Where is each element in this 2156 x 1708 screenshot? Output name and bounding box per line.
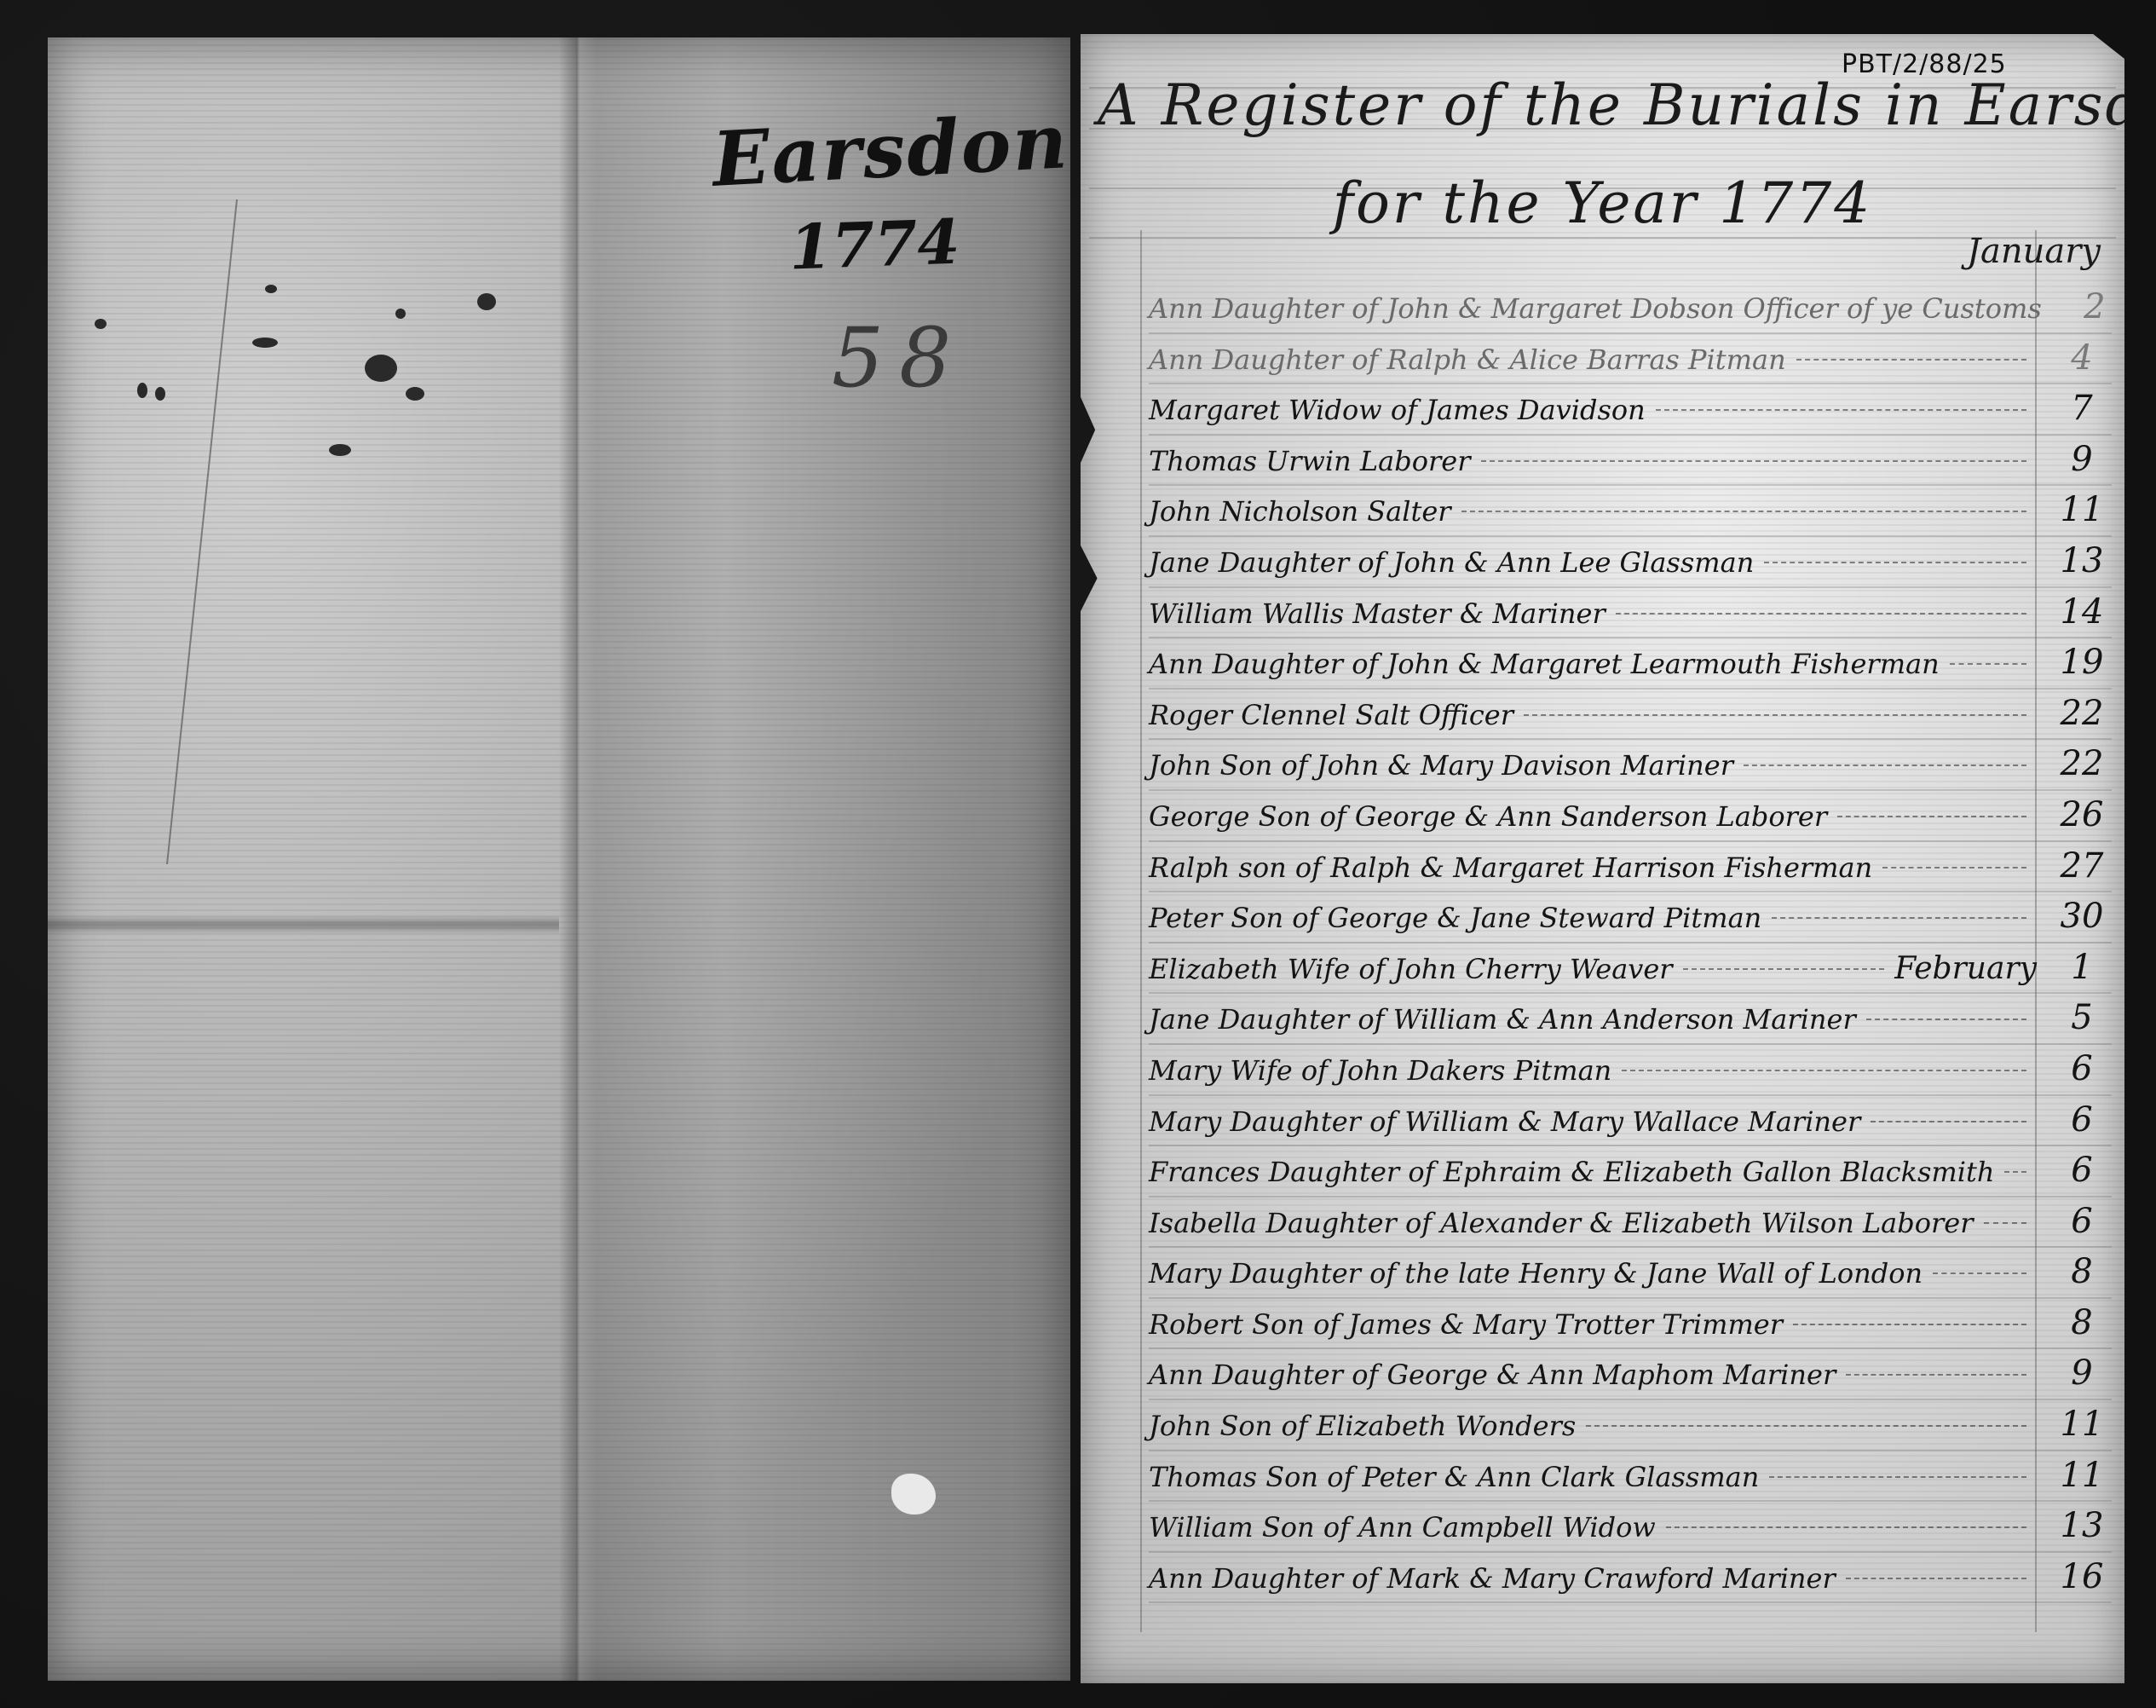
entry-description: Thomas Son of Peter & Ann Clark Glassman [1149, 1453, 1759, 1501]
entry-description: John Son of John & Mary Davison Mariner [1149, 741, 1733, 789]
burial-entry: Mary Wife of John Dakers Pitman6 [1149, 1045, 2112, 1096]
burial-entry: Mary Daughter of William & Mary Wallace … [1149, 1096, 2112, 1147]
entry-description: Elizabeth Wife of John Cherry Weaver [1149, 945, 1673, 993]
entry-description: William Son of Ann Campbell Widow [1149, 1503, 1656, 1551]
entry-description: Frances Daughter of Ephraim & Elizabeth … [1149, 1148, 1994, 1196]
dashed-leader [1744, 765, 2026, 766]
ink-blot [137, 383, 147, 398]
dashed-leader [1984, 1222, 2026, 1224]
burial-entry: Frances Daughter of Ephraim & Elizabeth … [1149, 1146, 2112, 1197]
dashed-leader [1796, 359, 2026, 361]
entry-description: John Son of Elizabeth Wonders [1149, 1402, 1576, 1450]
ink-blot [265, 285, 277, 293]
ink-blot [329, 444, 351, 456]
dashed-leader [1586, 1425, 2026, 1427]
dashed-leader [1616, 613, 2026, 615]
entry-day: 11 [2052, 1451, 2112, 1499]
ink-blot [395, 309, 406, 319]
burial-entry: Elizabeth Wife of John Cherry WeaverFebr… [1149, 943, 2112, 995]
entry-day: 1 [2052, 943, 2112, 991]
entry-day: 4 [2052, 334, 2112, 382]
entry-day: 26 [2052, 791, 2112, 839]
dashed-leader [1837, 816, 2026, 817]
entry-day: 6 [2052, 1045, 2112, 1093]
burial-entry: Ann Daughter of Mark & Mary Crawford Mar… [1149, 1553, 2112, 1604]
entry-description: Mary Daughter of the late Henry & Jane W… [1149, 1249, 1923, 1297]
entry-description: John Nicholson Salter [1149, 488, 1451, 535]
entry-description: Ann Daughter of John & Margaret Dobson O… [1149, 285, 2042, 332]
entry-description: Jane Daughter of John & Ann Lee Glassman [1149, 539, 1754, 586]
dashed-leader [1656, 409, 2026, 411]
dashed-leader [1461, 511, 2026, 512]
burial-entry: John Nicholson Salter11 [1149, 486, 2112, 537]
burial-entries-list: Ann Daughter of John & Margaret Dobson O… [1149, 283, 2112, 1603]
burial-entry: Ann Daughter of Ralph & Alice Barras Pit… [1149, 334, 2112, 385]
entry-description: Peter Son of George & Jane Steward Pitma… [1149, 894, 1761, 942]
dashed-leader [1764, 562, 2026, 563]
ruled-line [1089, 237, 2116, 239]
entry-day: 22 [2052, 740, 2112, 788]
month-heading-january: January [1967, 232, 2101, 271]
dashed-leader [1772, 917, 2026, 919]
burial-entry: Thomas Son of Peter & Ann Clark Glassman… [1149, 1451, 2112, 1503]
cover-year: 1774 [788, 205, 961, 284]
dashed-leader [1950, 663, 2026, 665]
entry-description: Isabella Daughter of Alexander & Elizabe… [1149, 1199, 1974, 1247]
paper-crack [166, 199, 243, 864]
cover-shadow-panel [576, 38, 1070, 1681]
entry-description: Jane Daughter of William & Ann Anderson … [1149, 995, 1856, 1043]
ink-blot [365, 355, 397, 382]
burial-entry: Isabella Daughter of Alexander & Elizabe… [1149, 1197, 2112, 1249]
burial-entry: George Son of George & Ann Sanderson Lab… [1149, 791, 2112, 842]
entry-day: 9 [2052, 1349, 2112, 1397]
dashed-leader [1846, 1374, 2026, 1376]
register-title: A Register of the Burials in Earsdon Par… [1098, 72, 2120, 138]
entry-day: 11 [2052, 486, 2112, 534]
dashed-leader [1524, 714, 2026, 716]
burial-entry: John Son of Elizabeth Wonders11 [1149, 1400, 2112, 1451]
entry-day: 14 [2052, 588, 2112, 636]
entry-day: 22 [2052, 690, 2112, 737]
dashed-leader [1666, 1526, 2026, 1528]
entry-day: 27 [2052, 842, 2112, 890]
burial-entry: Robert Son of James & Mary Trotter Trimm… [1149, 1299, 2112, 1350]
entry-day: 13 [2052, 537, 2112, 585]
burial-entry: Jane Daughter of William & Ann Anderson … [1149, 994, 2112, 1045]
cover-leaf: Earsdon 1774 58 [48, 38, 1070, 1681]
dashed-leader [1882, 867, 2026, 868]
dashed-leader [1683, 968, 1885, 970]
register-year-line: for the Year 1774 [1081, 170, 2124, 236]
burial-entry: Ralph son of Ralph & Margaret Harrison F… [1149, 842, 2112, 893]
ink-blot [477, 293, 496, 310]
ink-blot [155, 387, 165, 401]
burial-entry: Roger Clennel Salt Officer22 [1149, 690, 2112, 741]
vertical-fold [559, 38, 597, 1681]
dashed-leader [1481, 460, 2026, 462]
burial-entry: William Son of Ann Campbell Widow13 [1149, 1502, 2112, 1553]
entry-day: 6 [2052, 1146, 2112, 1194]
dashed-leader [1622, 1070, 2026, 1071]
burial-entry: William Wallis Master & Mariner14 [1149, 588, 2112, 639]
entry-month: February [1894, 945, 2037, 993]
entry-description: George Son of George & Ann Sanderson Lab… [1149, 793, 1827, 840]
entry-day: 2 [2078, 283, 2112, 331]
dashed-leader [1769, 1476, 2026, 1478]
ink-blot [252, 338, 278, 348]
burial-entry: Ann Daughter of John & Margaret Dobson O… [1149, 283, 2112, 334]
dashed-leader [2004, 1171, 2026, 1173]
entry-description: Roger Clennel Salt Officer [1149, 691, 1513, 739]
entry-day: 9 [2052, 436, 2112, 483]
dashed-leader [1866, 1018, 2026, 1020]
entry-description: Mary Wife of John Dakers Pitman [1149, 1047, 1611, 1094]
register-page: PBT/2/88/25 A Register of the Burials in… [1081, 34, 2124, 1683]
folio-number: 58 [832, 310, 966, 406]
dashed-leader [1793, 1324, 2026, 1325]
entry-day: 11 [2052, 1400, 2112, 1448]
entry-day: 5 [2052, 994, 2112, 1042]
entry-description: Robert Son of James & Mary Trotter Trimm… [1149, 1301, 1783, 1348]
burial-entry: Jane Daughter of John & Ann Lee Glassman… [1149, 537, 2112, 588]
ink-blot [406, 387, 424, 401]
entry-day: 8 [2052, 1299, 2112, 1347]
entry-description: Ann Daughter of George & Ann Maphom Mari… [1149, 1351, 1836, 1399]
entry-day: 16 [2052, 1553, 2112, 1601]
left-margin-rule [1140, 230, 1142, 1632]
entry-description: Ann Daughter of Mark & Mary Crawford Mar… [1149, 1555, 1836, 1602]
entry-description: William Wallis Master & Mariner [1149, 590, 1605, 638]
dashed-leader [1871, 1121, 2026, 1122]
entry-description: Ann Daughter of John & Margaret Learmout… [1149, 640, 1940, 688]
entry-description: Thomas Urwin Laborer [1149, 437, 1471, 485]
entry-day: 19 [2052, 638, 2112, 686]
burial-entry: Ann Daughter of John & Margaret Learmout… [1149, 638, 2112, 690]
entry-description: Mary Daughter of William & Mary Wallace … [1149, 1098, 1860, 1145]
dashed-leader [1933, 1272, 2026, 1274]
burial-entry: Mary Daughter of the late Henry & Jane W… [1149, 1248, 2112, 1299]
entry-day: 6 [2052, 1096, 2112, 1144]
ink-blot [95, 319, 107, 329]
entry-day: 8 [2052, 1248, 2112, 1295]
entry-day: 7 [2052, 384, 2112, 432]
cover-place-name: Earsdon [711, 96, 1071, 204]
entry-description: Ralph son of Ralph & Margaret Harrison F… [1149, 844, 1872, 892]
burial-entry: Margaret Widow of James Davidson7 [1149, 384, 2112, 436]
entry-day: 30 [2052, 892, 2112, 940]
entry-description: Ann Daughter of Ralph & Alice Barras Pit… [1149, 336, 1786, 384]
burial-entry: Peter Son of George & Jane Steward Pitma… [1149, 892, 2112, 943]
entry-description: Margaret Widow of James Davidson [1149, 386, 1646, 434]
dashed-leader [1846, 1578, 2026, 1579]
burial-entry: Thomas Urwin Laborer9 [1149, 436, 2112, 487]
entry-day: 13 [2052, 1502, 2112, 1549]
entry-day: 6 [2052, 1197, 2112, 1245]
horizontal-fold [48, 915, 559, 934]
burial-entry: Ann Daughter of George & Ann Maphom Mari… [1149, 1349, 2112, 1400]
burial-entry: John Son of John & Mary Davison Mariner2… [1149, 740, 2112, 791]
